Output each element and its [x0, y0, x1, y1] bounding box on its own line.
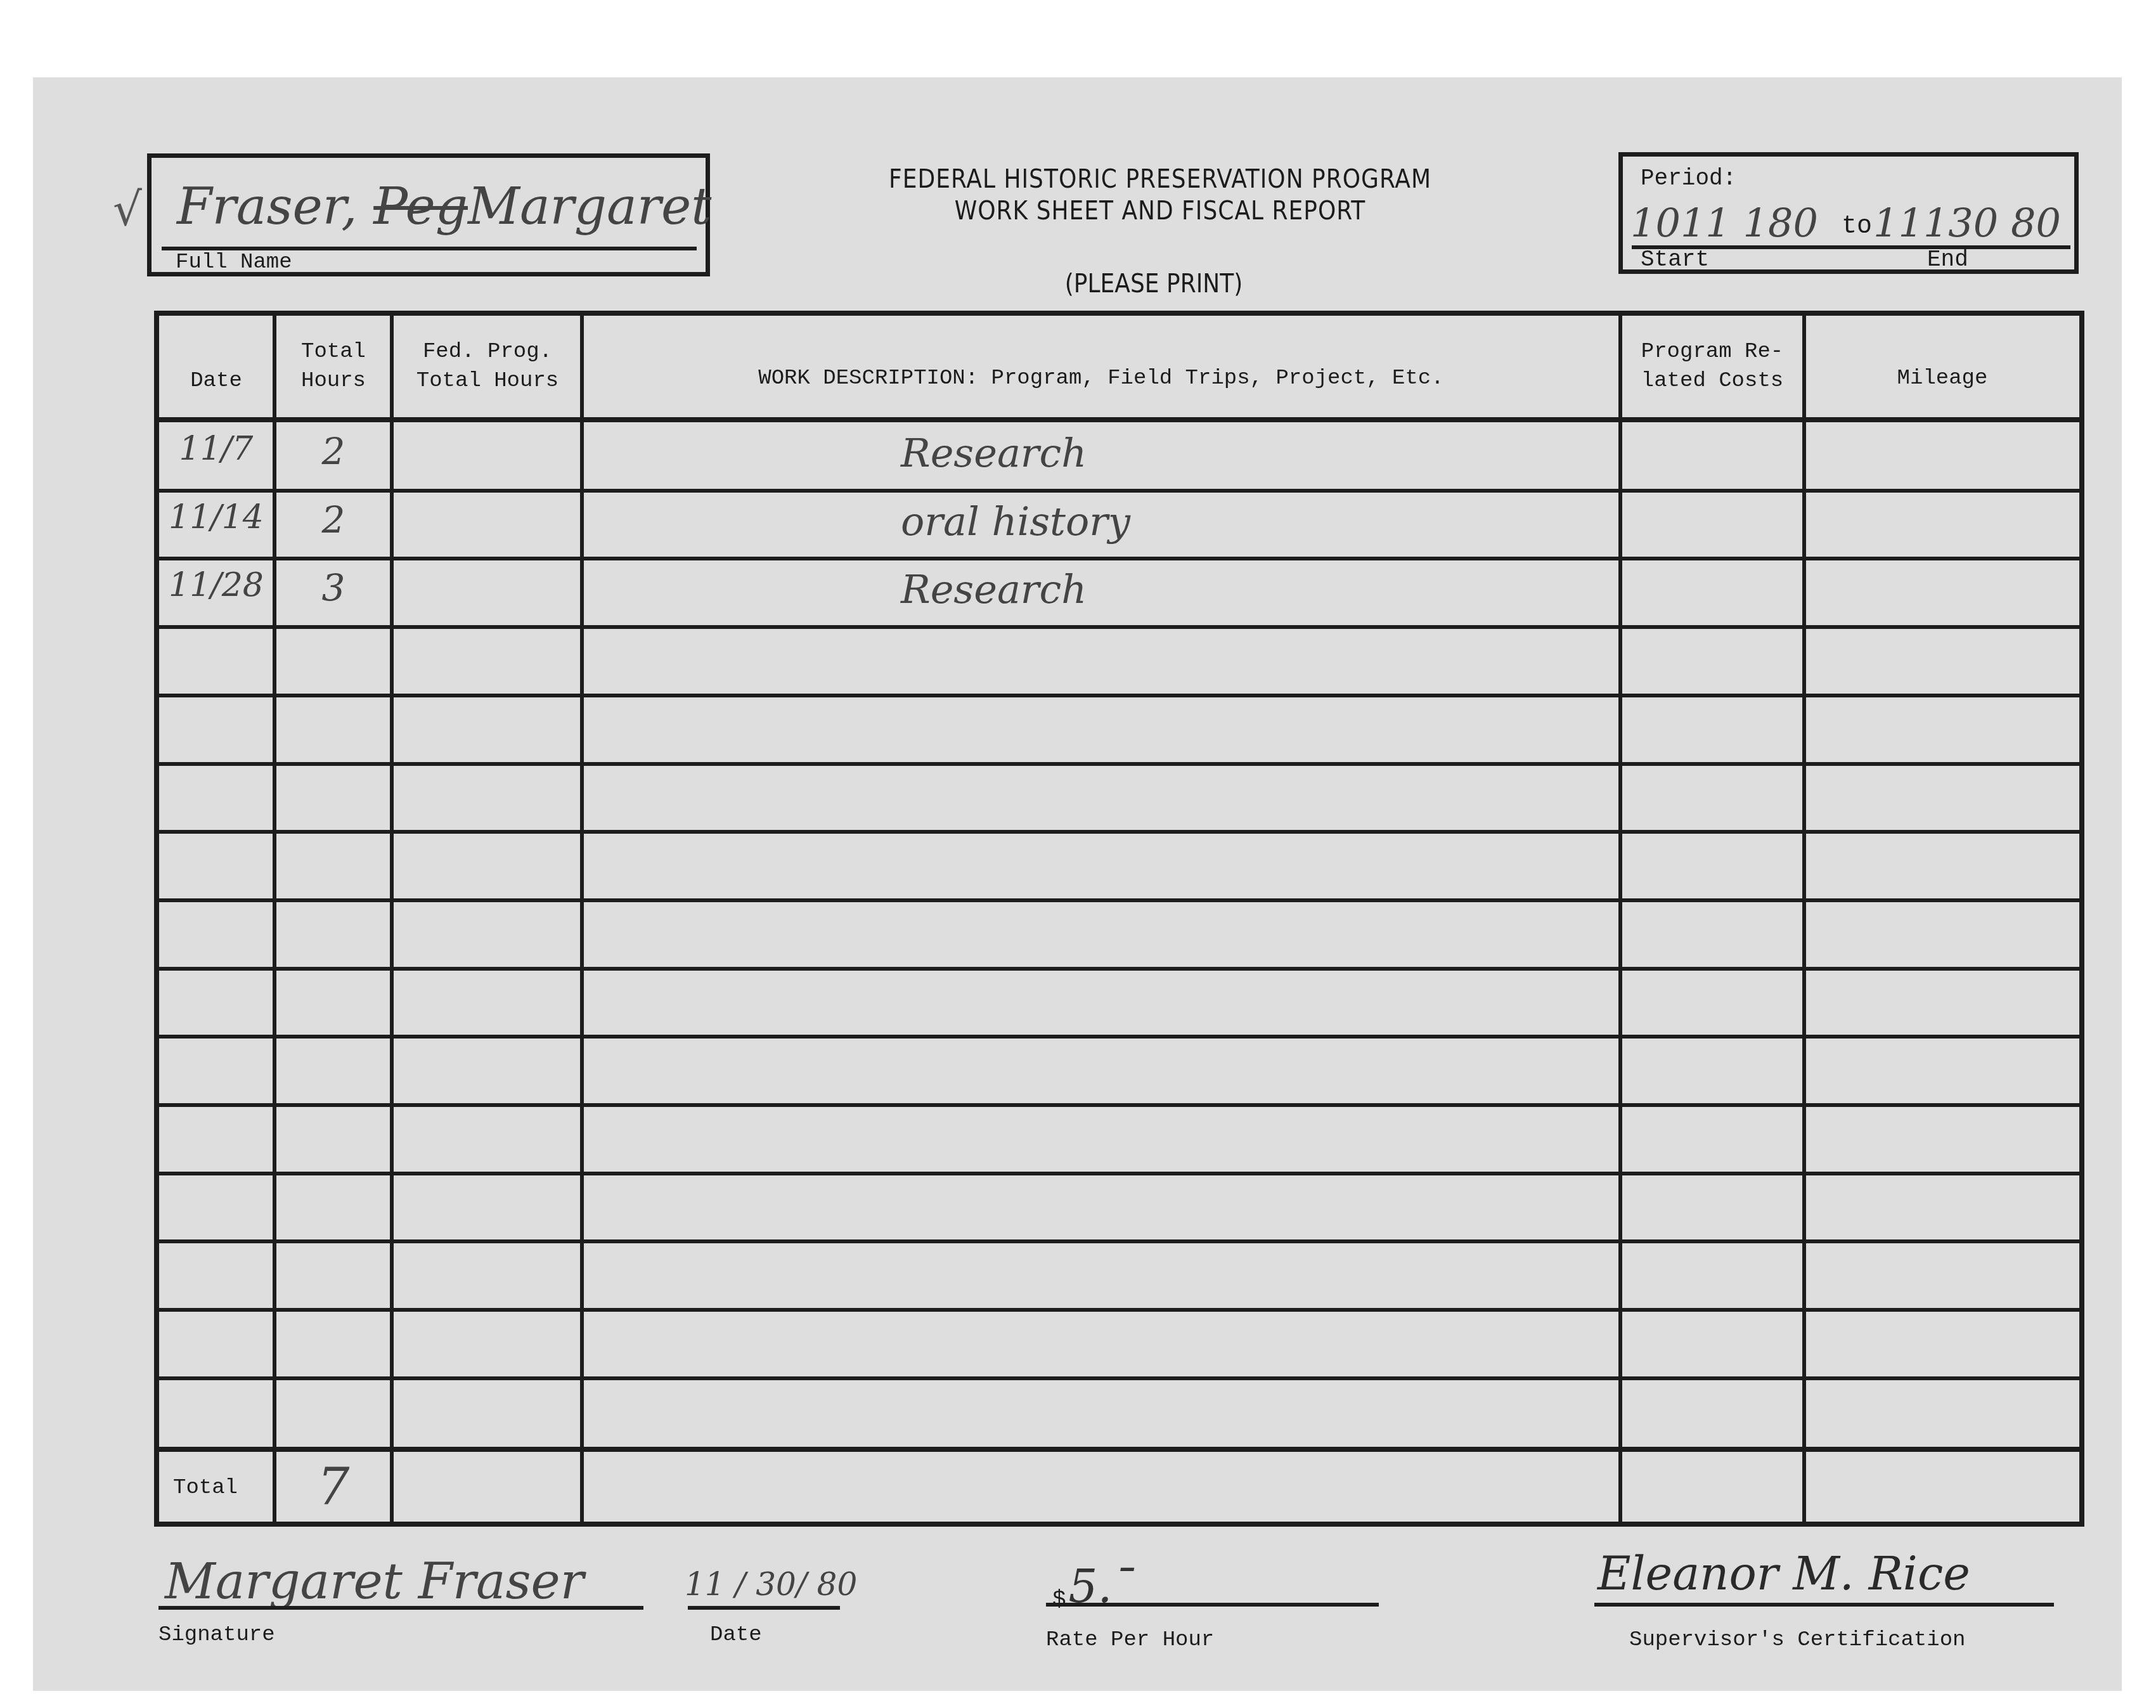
period-to-label: to [1842, 212, 1872, 241]
column-divider [1802, 311, 1806, 1527]
header-work-description: WORK DESCRIPTION: Program, Field Trips, … [584, 366, 1618, 391]
check-mark-icon: √ [113, 183, 142, 236]
please-print-note: (PLEASE PRINT) [1002, 269, 1306, 299]
table-border [154, 311, 2084, 1527]
period-box: Period: 1011 180 to 11130 80 Start End [1618, 152, 2079, 274]
rate-underline [1046, 1603, 1379, 1607]
period-label: Period: [1641, 165, 1736, 191]
total-hours-cell[interactable]: 3 [276, 566, 391, 609]
column-divider [390, 311, 394, 1527]
signature-underline [158, 1606, 643, 1610]
header-program-costs: Program Re- lated Costs [1622, 337, 1802, 396]
row-divider [154, 1239, 2084, 1243]
period-start-field[interactable]: 1011 180 [1630, 200, 1818, 246]
form-title: FEDERAL HISTORIC PRESERVATION PROGRAM WO… [875, 164, 1445, 227]
header-fed-prog-line2: Total Hours [394, 366, 581, 396]
form-title-line2: WORK SHEET AND FISCAL REPORT [875, 195, 1445, 227]
column-divider [1618, 311, 1622, 1527]
date-label: Date [710, 1623, 762, 1647]
supervisor-underline [1594, 1603, 2054, 1607]
total-row-divider [154, 1447, 2084, 1452]
total-hours-value[interactable]: 7 [276, 1457, 391, 1516]
header-mileage: Mileage [1806, 366, 2079, 391]
row-divider [154, 1035, 2084, 1038]
date-underline [688, 1606, 840, 1610]
total-row-label: Total [173, 1476, 238, 1500]
work-description-cell[interactable]: Research [901, 430, 1598, 476]
supervisor-signature-field[interactable]: Eleanor M. Rice [1598, 1547, 1970, 1600]
full-name-first: Margaret [468, 177, 712, 236]
full-name-field[interactable]: Fraser, PegMargaret [177, 177, 711, 236]
row-divider [154, 557, 2084, 560]
header-fed-prog-line1: Fed. Prog. [394, 337, 581, 366]
column-divider [273, 311, 276, 1527]
header-program-costs-line1: Program Re- [1622, 337, 1802, 366]
supervisor-label: Supervisor's Certification [1629, 1628, 1966, 1652]
full-name-last: Fraser, [177, 177, 358, 236]
header-divider [154, 417, 2084, 422]
header-fed-prog-hours: Fed. Prog. Total Hours [394, 337, 581, 396]
row-divider [154, 830, 2084, 834]
row-divider [154, 1376, 2084, 1380]
work-log-table: Date Total Hours Fed. Prog. Total Hours … [154, 311, 2084, 1527]
period-start-label: Start [1641, 247, 1709, 273]
row-divider [154, 1308, 2084, 1312]
full-name-label: Full Name [176, 250, 292, 275]
header-program-costs-line2: lated Costs [1622, 366, 1802, 396]
period-end-label: End [1927, 247, 1968, 273]
date-cell[interactable]: 11/7 [159, 430, 273, 468]
form-title-line1: FEDERAL HISTORIC PRESERVATION PROGRAM [875, 164, 1445, 195]
total-hours-cell[interactable]: 2 [276, 498, 391, 541]
header-total-hours-line1: Total [276, 337, 391, 366]
header-date: Date [159, 369, 273, 393]
row-divider [154, 898, 2084, 902]
date-field[interactable]: 11 / 30/ 80 [685, 1566, 857, 1603]
header-total-hours: Total Hours [276, 337, 391, 396]
column-divider [580, 311, 584, 1527]
currency-symbol: $ [1052, 1587, 1066, 1613]
row-divider [154, 1172, 2084, 1175]
signature-field[interactable]: Margaret Fraser [165, 1553, 584, 1610]
work-description-cell[interactable]: Research [901, 566, 1598, 612]
row-divider [154, 967, 2084, 971]
date-cell[interactable]: 11/28 [159, 566, 273, 604]
total-hours-cell[interactable]: 2 [276, 430, 391, 473]
full-name-struck: Peg [373, 177, 468, 236]
period-end-field[interactable]: 11130 80 [1873, 200, 2061, 246]
row-divider [154, 762, 2084, 766]
row-divider [154, 694, 2084, 697]
rate-label: Rate Per Hour [1046, 1628, 1214, 1652]
signature-label: Signature [158, 1623, 275, 1647]
date-cell[interactable]: 11/14 [159, 498, 273, 536]
full-name-box: Fraser, PegMargaret Full Name [147, 153, 710, 276]
work-description-cell[interactable]: oral history [901, 498, 1598, 545]
row-divider [154, 625, 2084, 629]
row-divider [154, 1103, 2084, 1107]
row-divider [154, 489, 2084, 493]
header-total-hours-line2: Hours [276, 366, 391, 396]
